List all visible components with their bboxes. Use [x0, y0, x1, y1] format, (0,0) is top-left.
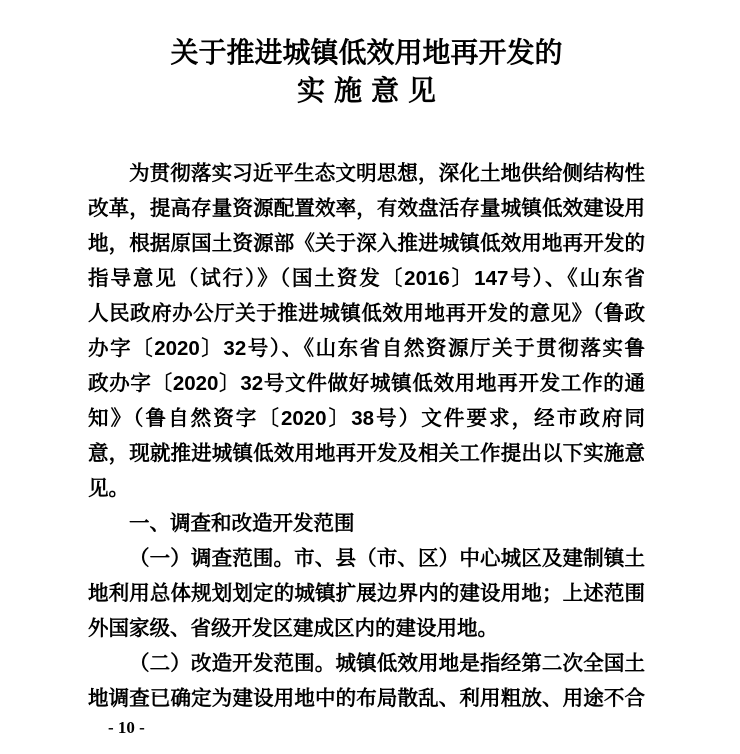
text-line: 意，现就推进城镇低效用地再开发及相关工作提出以下实施意: [88, 436, 645, 471]
paragraph: （二）改造开发范围。城镇低效用地是指经第二次全国土 地调查已确定为建设用地中的布…: [88, 646, 645, 716]
doc-title-line-1: 关于推进城镇低效用地再开发的: [88, 34, 645, 72]
text-line: 政办字〔2020〕32号文件做好城镇低效用地再开发工作的通: [88, 366, 645, 401]
text-line: 见。: [88, 471, 645, 506]
text-line: （一）调查范围。市、县（市、区）中心城区及建制镇土: [88, 541, 645, 576]
doc-body: 为贯彻落实习近平生态文明思想，深化土地供给侧结构性 改革，提高存量资源配置效率，…: [88, 156, 645, 716]
text-line: 知》（鲁自然资字〔2020〕38号）文件要求，经市政府同: [88, 401, 645, 436]
section-heading: 一、调查和改造开发范围: [88, 506, 645, 541]
text-line: 地，根据原国土资源部《关于深入推进城镇低效用地再开发的: [88, 226, 645, 261]
text-line: 外国家级、省级开发区建成区内的建设用地。: [88, 611, 645, 646]
doc-title-line-2: 实施意见: [88, 72, 645, 110]
section-heading-text: 一、调查和改造开发范围: [88, 506, 645, 541]
paragraph: 为贯彻落实习近平生态文明思想，深化土地供给侧结构性 改革，提高存量资源配置效率，…: [88, 156, 645, 506]
text-line: 指导意见（试行）》（国土资发〔2016〕147号）、《山东省: [88, 261, 645, 296]
text-line: 地利用总体规划划定的城镇扩展边界内的建设用地；上述范围: [88, 576, 645, 611]
document-page: 关于推进城镇低效用地再开发的 实施意见 为贯彻落实习近平生态文明思想，深化土地供…: [0, 0, 740, 754]
text-line: 办字〔2020〕32号）、《山东省自然资源厅关于贯彻落实鲁: [88, 331, 645, 366]
page-number-footer: - 10 -: [108, 718, 145, 738]
text-line: （二）改造开发范围。城镇低效用地是指经第二次全国土: [88, 646, 645, 681]
text-line: 改革，提高存量资源配置效率，有效盘活存量城镇低效建设用: [88, 191, 645, 226]
text-line: 为贯彻落实习近平生态文明思想，深化土地供给侧结构性: [88, 156, 645, 191]
text-line: 地调查已确定为建设用地中的布局散乱、利用粗放、用途不合: [88, 681, 645, 716]
text-line: 人民政府办公厅关于推进城镇低效用地再开发的意见》（鲁政: [88, 296, 645, 331]
doc-title: 关于推进城镇低效用地再开发的 实施意见: [88, 34, 645, 110]
paragraph: （一）调查范围。市、县（市、区）中心城区及建制镇土 地利用总体规划划定的城镇扩展…: [88, 541, 645, 646]
